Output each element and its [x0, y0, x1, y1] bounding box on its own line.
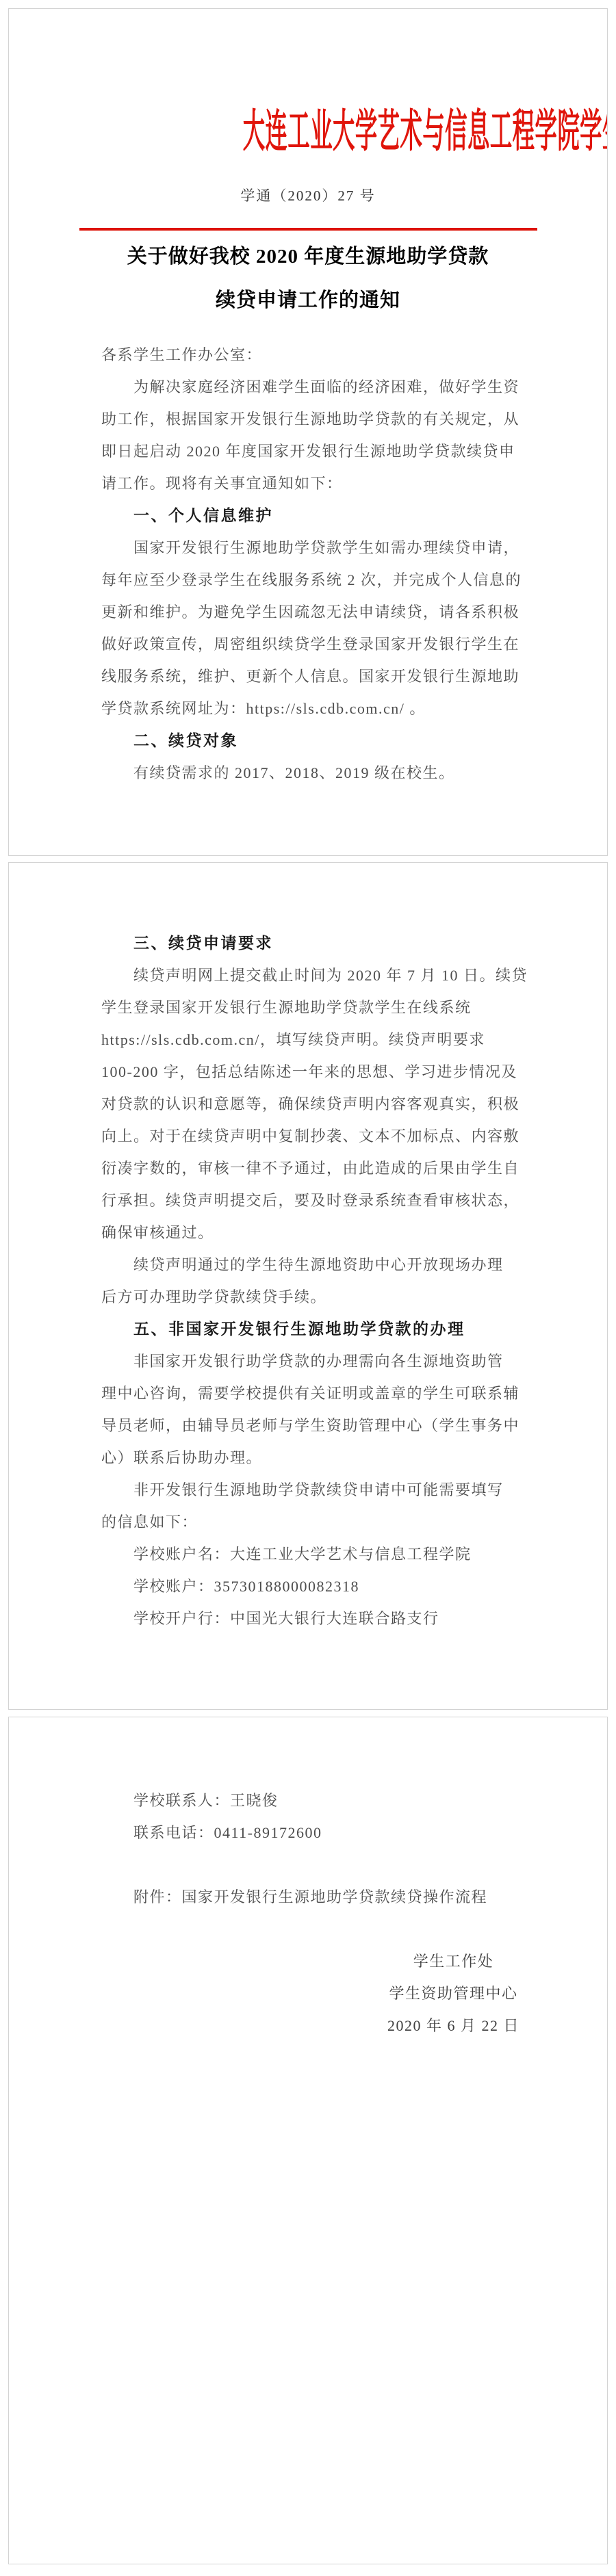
body-line: 续贷声明网上提交截止时间为 2020 年 7 月 10 日。续贷: [101, 959, 547, 991]
body-line: 行承担。续贷声明提交后，要及时登录系统查看审核状态，: [101, 1184, 547, 1217]
info-line: 学校开户行：中国光大银行大连联合路支行: [101, 1602, 547, 1635]
body-line: 线服务系统，维护、更新个人信息。国家开发银行生源地助: [101, 660, 547, 692]
body-line: 向上。对于在续贷声明中复制抄袭、文本不加标点、内容敷: [101, 1120, 547, 1152]
body-line: 即日起启动 2020 年度国家开发银行生源地助学贷款续贷申: [101, 435, 547, 467]
body-line: 衍凑字数的，审核一律不予通过，由此造成的后果由学生自: [101, 1152, 547, 1184]
body-line: 非开发银行生源地助学贷款续贷申请中可能需要填写: [101, 1474, 547, 1506]
issuer-banner: 大连工业大学艺术与信息工程学院学生工作处: [9, 109, 607, 155]
body-line: 国家开发银行生源地助学贷款学生如需办理续贷申请，: [101, 532, 547, 564]
info-line: 学校联系人：王晓俊: [101, 1784, 547, 1817]
section-heading: 五、非国家开发银行生源地助学贷款的办理: [101, 1313, 547, 1345]
body-line: https://sls.cdb.com.cn/，填写续贷声明。续贷声明要求: [101, 1024, 547, 1056]
signature-date: 2020 年 6 月 22 日: [387, 2009, 519, 2042]
info-line: 附件：国家开发银行生源地助学贷款续贷操作流程: [101, 1881, 547, 1913]
body-line: 非国家开发银行助学贷款的办理需向各生源地资助管: [101, 1345, 547, 1377]
red-divider-rule: [79, 228, 537, 231]
body-line: 有续贷需求的 2017、2018、2019 级在校生。: [101, 757, 547, 789]
signature-block: 学生工作处学生资助管理中心2020 年 6 月 22 日: [387, 1945, 519, 2042]
body-line: 请工作。现将有关事宜通知如下：: [101, 467, 547, 499]
body-line: 后方可办理助学贷款续贷手续。: [101, 1281, 547, 1313]
notice-title-line-2: 续贷申请工作的通知: [9, 278, 607, 322]
body-line: 为解决家庭经济困难学生面临的经济困难，做好学生资: [101, 371, 547, 403]
body-line: 理中心咨询，需要学校提供有关证明或盖章的学生可联系辅: [101, 1377, 547, 1409]
body-line: 的信息如下：: [101, 1506, 547, 1538]
body-line: 助工作，根据国家开发银行生源地助学贷款的有关规定，从: [101, 403, 547, 435]
signature-unit: 学生资助管理中心: [387, 1977, 519, 2009]
body-line: 各系学生工作办公室：: [101, 339, 547, 371]
signature-unit: 学生工作处: [387, 1945, 519, 1977]
notice-page-2: 三、续贷申请要求续贷声明网上提交截止时间为 2020 年 7 月 10 日。续贷…: [8, 862, 608, 1710]
body-line: 续贷声明通过的学生待生源地资助中心开放现场办理: [101, 1249, 547, 1281]
body-line: 每年应至少登录学生在线服务系统 2 次，并完成个人信息的: [101, 564, 547, 596]
notice-page-3: 学校联系人：王晓俊联系电话：0411-89172600附件：国家开发银行生源地助…: [8, 1717, 608, 2564]
body-line: 心）联系后协助办理。: [101, 1442, 547, 1474]
document-number: 学通（2020）27 号: [9, 187, 607, 205]
body-line: 学贷款系统网址为：https://sls.cdb.com.cn/ 。: [101, 692, 547, 725]
blank-line: [101, 1849, 547, 1881]
body-line: 对贷款的认识和意愿等，确保续贷声明内容客观真实，积极: [101, 1088, 547, 1120]
page-3-content: 学校联系人：王晓俊联系电话：0411-89172600附件：国家开发银行生源地助…: [101, 1784, 547, 1913]
issuer-title: 大连工业大学艺术与信息工程学院学生工作处: [243, 109, 608, 155]
section-heading: 三、续贷申请要求: [101, 927, 547, 959]
notice-title: 关于做好我校 2020 年度生源地助学贷款 续贷申请工作的通知: [9, 235, 607, 322]
document-viewer: { "meta": { "accent_red": "#e0150b", "ru…: [0, 0, 616, 2576]
notice-page-1: 大连工业大学艺术与信息工程学院学生工作处 学通（2020）27 号 关于做好我校…: [8, 8, 608, 856]
body-line: 100-200 字，包括总结陈述一年来的思想、学习进步情况及: [101, 1056, 547, 1088]
body-line: 做好政策宣传，周密组织续贷学生登录国家开发银行学生在: [101, 628, 547, 660]
page-1-content: 各系学生工作办公室：为解决家庭经济困难学生面临的经济困难，做好学生资助工作，根据…: [101, 339, 547, 789]
body-line: 学生登录国家开发银行生源地助学贷款学生在线系统: [101, 991, 547, 1024]
body-line: 更新和维护。为避免学生因疏忽无法申请续贷，请各系积极: [101, 596, 547, 628]
body-line: 确保审核通过。: [101, 1217, 547, 1249]
body-line: 导员老师，由辅导员老师与学生资助管理中心（学生事务中: [101, 1409, 547, 1442]
info-line: 学校账户名：大连工业大学艺术与信息工程学院: [101, 1538, 547, 1570]
info-line: 学校账户：35730188000082318: [101, 1570, 547, 1602]
info-line: 联系电话：0411-89172600: [101, 1817, 547, 1849]
page-2-content: 三、续贷申请要求续贷声明网上提交截止时间为 2020 年 7 月 10 日。续贷…: [101, 927, 547, 1635]
notice-title-line-1: 关于做好我校 2020 年度生源地助学贷款: [9, 235, 607, 278]
section-heading: 一、个人信息维护: [101, 499, 547, 532]
section-heading: 二、续贷对象: [101, 725, 547, 757]
